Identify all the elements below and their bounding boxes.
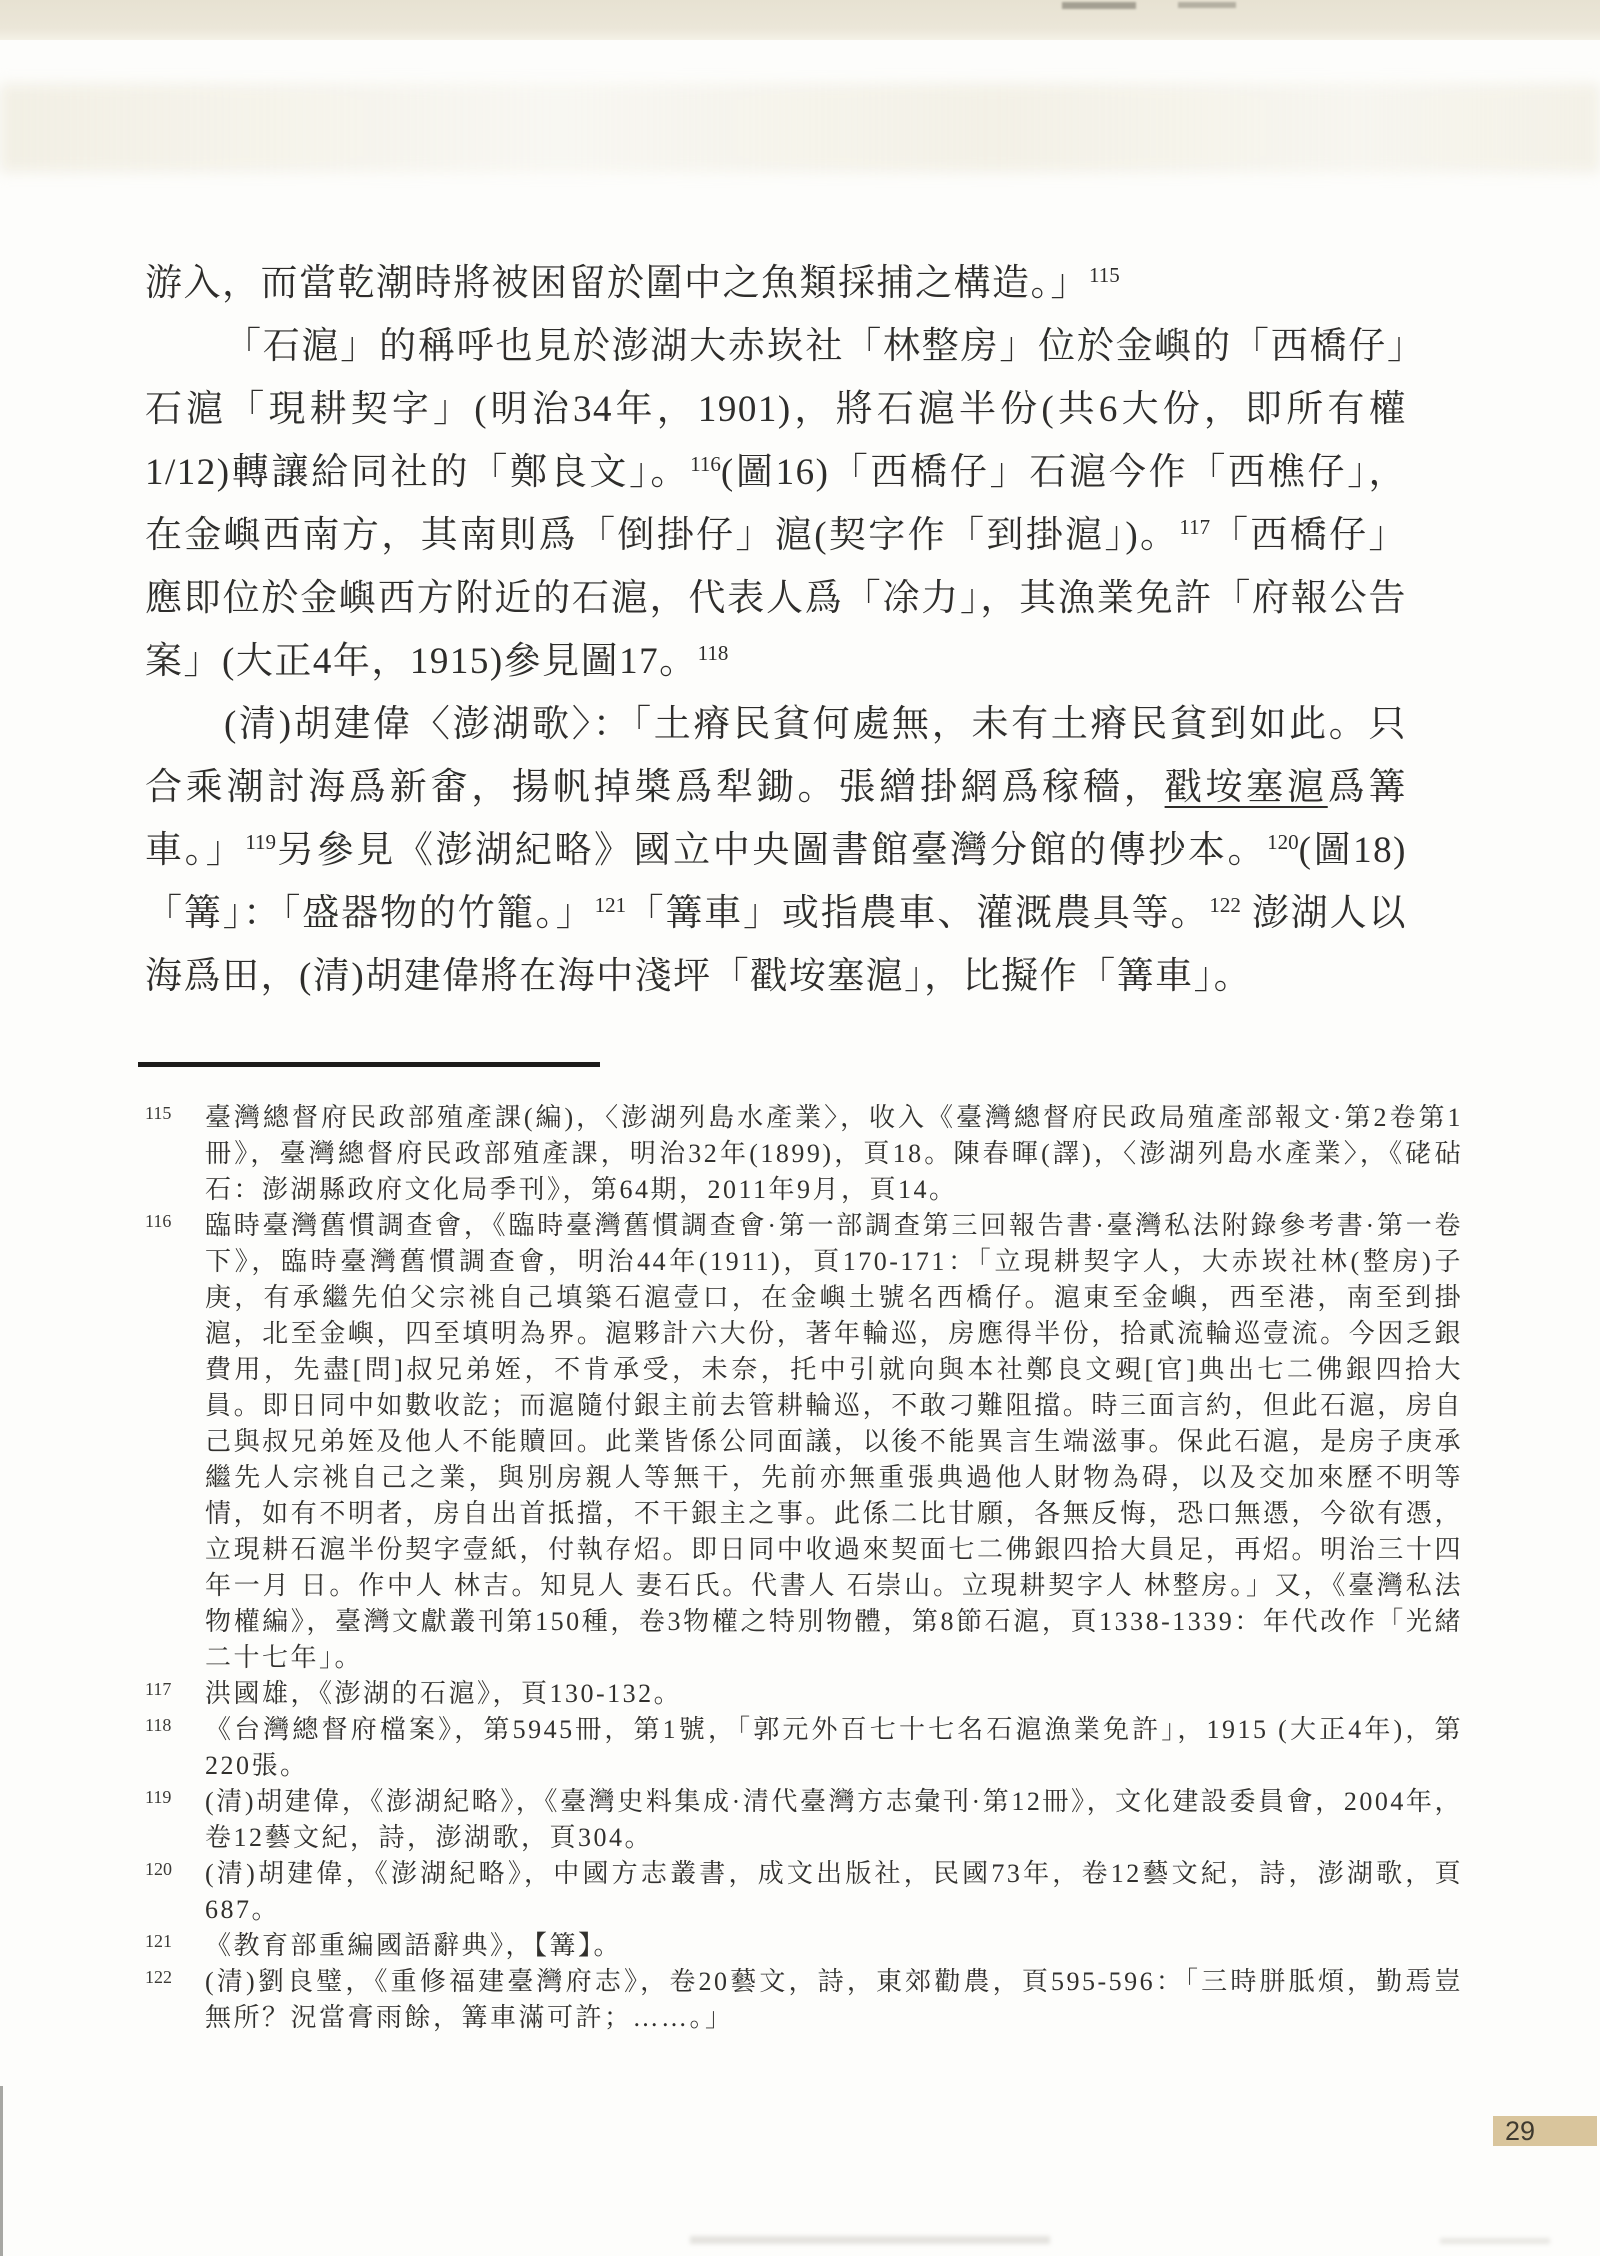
footnote: 121《教育部重編國語辭典》，【篝】。 <box>145 1928 1463 1964</box>
footnote-separator <box>138 1062 600 1067</box>
footnote-ref: 120 <box>1267 830 1299 854</box>
footnote: 115臺灣總督府民政部殖產課(編)，〈澎湖列島水產業〉，收入《臺灣總督府民政局殖… <box>145 1100 1463 1208</box>
footnote-text: 《台灣總督府檔案》，第5945冊，第1號，「郭元外百七十七名石滬漁業免許」，19… <box>205 1715 1463 1780</box>
footnote-number: 119 <box>145 1779 171 1815</box>
footnote-number: 122 <box>145 1959 172 1995</box>
text-run: 游入，而當乾潮時將被困留於圍中之魚類採捕之構造。」 <box>145 263 1089 304</box>
footnote: 118《台灣總督府檔案》，第5945冊，第1號，「郭元外百七十七名石滬漁業免許」… <box>145 1712 1463 1784</box>
footnote-number: 120 <box>145 1851 172 1887</box>
footnote-number: 121 <box>145 1923 172 1959</box>
footnote-text: 臨時臺灣舊慣調查會，《臨時臺灣舊慣調查會·第一部調查第三回報告書·臺灣私法附錄參… <box>205 1211 1463 1672</box>
footnote-number: 116 <box>145 1203 171 1239</box>
footnote-number: 117 <box>145 1671 171 1707</box>
page-number: 29 <box>1493 2116 1597 2146</box>
footnote-ref: 122 <box>1209 893 1241 917</box>
footnote-ref: 117 <box>1179 515 1210 539</box>
footnote-number: 115 <box>145 1095 171 1131</box>
paragraph: 游入，而當乾潮時將被困留於圍中之魚類採捕之構造。」115 <box>145 252 1407 315</box>
footnote: 119(清)胡建偉，《澎湖紀略》，《臺灣史料集成·清代臺灣方志彙刊·第12冊》，… <box>145 1784 1463 1856</box>
paragraph: 「石滬」的稱呼也見於澎湖大赤崁社「林整房」位於金嶼的「西橋仔」石滬「現耕契字」(… <box>145 315 1407 693</box>
scan-left-edge-line <box>0 2086 3 2256</box>
footnote-ref: 121 <box>595 893 627 917</box>
footnote-ref: 116 <box>690 452 721 476</box>
text-run: 「篝車」或指農車、灌溉農具等。 <box>626 893 1209 934</box>
footnote-text: (清)劉良璧，《重修福建臺灣府志》，卷20藝文，詩，東郊勸農，頁595-596：… <box>205 1967 1463 2032</box>
scan-smudge <box>1440 2238 1550 2244</box>
footnote: 120(清)胡建偉，《澎湖紀略》，中國方志叢書，成文出版社，民國73年，卷12藝… <box>145 1856 1463 1928</box>
scan-speck <box>1178 2 1236 8</box>
body-text: 游入，而當乾潮時將被困留於圍中之魚類採捕之構造。」115「石滬」的稱呼也見於澎湖… <box>145 252 1407 1008</box>
footnote-text: 臺灣總督府民政部殖產課(編)，〈澎湖列島水產業〉，收入《臺灣總督府民政局殖產部報… <box>205 1103 1463 1204</box>
footnotes: 115臺灣總督府民政部殖產課(編)，〈澎湖列島水產業〉，收入《臺灣總督府民政局殖… <box>145 1100 1463 2036</box>
underlined-text-run: 戳垵塞滬 <box>1165 767 1328 808</box>
scan-smudge <box>690 2236 1050 2244</box>
footnote-number: 118 <box>145 1707 171 1743</box>
text-run: 另參見《澎湖紀略》國立中央圖書館臺灣分館的傳抄本。 <box>276 830 1267 871</box>
paragraph: (清)胡建偉〈澎湖歌〉：「土瘠民貧何處無，未有土瘠民貧到如此。只合乘潮討海爲新畬… <box>145 693 1407 1008</box>
scan-top-band <box>0 0 1600 40</box>
footnote-ref: 115 <box>1089 263 1120 287</box>
footnote-ref: 118 <box>698 641 729 665</box>
footnote-text: 洪國雄，《澎湖的石滬》，頁130-132。 <box>205 1679 682 1708</box>
footnote: 116臨時臺灣舊慣調查會，《臨時臺灣舊慣調查會·第一部調查第三回報告書·臺灣私法… <box>145 1208 1463 1676</box>
footnote-text: (清)胡建偉，《澎湖紀略》，《臺灣史料集成·清代臺灣方志彙刊·第12冊》，文化建… <box>205 1787 1463 1852</box>
footnote-ref: 119 <box>245 830 276 854</box>
footnote: 117洪國雄，《澎湖的石滬》，頁130-132。 <box>145 1676 1463 1712</box>
footnote-text: 《教育部重編國語辭典》，【篝】。 <box>205 1931 622 1960</box>
footnote: 122(清)劉良璧，《重修福建臺灣府志》，卷20藝文，詩，東郊勸農，頁595-5… <box>145 1964 1463 2036</box>
scan-blotch <box>0 84 1600 172</box>
scanned-page: { "page": { "number": "29" }, "main": { … <box>0 0 1600 2256</box>
footnote-text: (清)胡建偉，《澎湖紀略》，中國方志叢書，成文出版社，民國73年，卷12藝文紀，… <box>205 1859 1463 1924</box>
scan-speck <box>1062 2 1136 9</box>
